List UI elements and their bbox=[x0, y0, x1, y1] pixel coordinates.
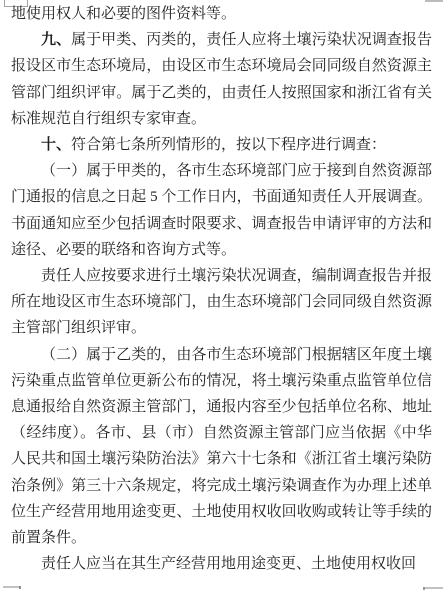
paragraph-text: 责任人应按要求进行土壤污染状况调查，编制调查报告并报所在地设区市生态环境部门，由… bbox=[11, 268, 432, 336]
paragraph-text: 符合第七条所列情形的，按以下程序进行调查： bbox=[71, 137, 386, 153]
paragraph-text: 责任人应当在其生产经营用地用途变更、土地使用权收回 bbox=[41, 556, 416, 572]
paragraph-text: （二）属于乙类的，由各市生态环境部门根据辖区年度土壤污染重点监管单位更新公布的情… bbox=[11, 347, 432, 546]
paragraph-sub-two: （二）属于乙类的，由各市生态环境部门根据辖区年度土壤污染重点监管单位更新公布的情… bbox=[11, 342, 432, 552]
paragraph-text: （一）属于甲类的，各市生态环境部门应于接到自然资源部门通报的信息之日起 5 个工… bbox=[11, 163, 432, 258]
page-edge-mark-bottom-right bbox=[425, 587, 443, 589]
document-body: 地使用权人和必要的图件资料等。 九、属于甲类、丙类的，责任人应将土壤污染状况调查… bbox=[11, 1, 432, 577]
page-edge-mark-nub bbox=[423, 587, 425, 590]
paragraph-item-nine: 九、属于甲类、丙类的，责任人应将土壤污染状况调查报告报设区市生态环境局，由设区市… bbox=[11, 27, 432, 132]
page-edge-mark-nub bbox=[19, 586, 21, 589]
paragraph-cutoff: 责任人应当在其生产经营用地用途变更、土地使用权收回 bbox=[11, 551, 432, 577]
document-page: 地使用权人和必要的图件资料等。 九、属于甲类、丙类的，责任人应将土壤污染状况调查… bbox=[0, 0, 444, 592]
page-edge-mark-bottom-left bbox=[3, 586, 19, 588]
paragraph-item-ten: 十、符合第七条所列情形的，按以下程序进行调查： bbox=[11, 132, 432, 158]
paragraph: 责任人应按要求进行土壤污染状况调查，编制调查报告并报所在地设区市生态环境部门，由… bbox=[11, 263, 432, 342]
paragraph-continuation: 地使用权人和必要的图件资料等。 bbox=[11, 1, 432, 27]
paragraph-number: 九、 bbox=[41, 32, 71, 48]
paragraph-text: 地使用权人和必要的图件资料等。 bbox=[11, 6, 236, 22]
paragraph-sub-one: （一）属于甲类的，各市生态环境部门应于接到自然资源部门通报的信息之日起 5 个工… bbox=[11, 158, 432, 263]
paragraph-number: 十、 bbox=[41, 137, 71, 153]
paragraph-text: 属于甲类、丙类的，责任人应将土壤污染状况调查报告报设区市生态环境局，由设区市生态… bbox=[11, 32, 432, 127]
